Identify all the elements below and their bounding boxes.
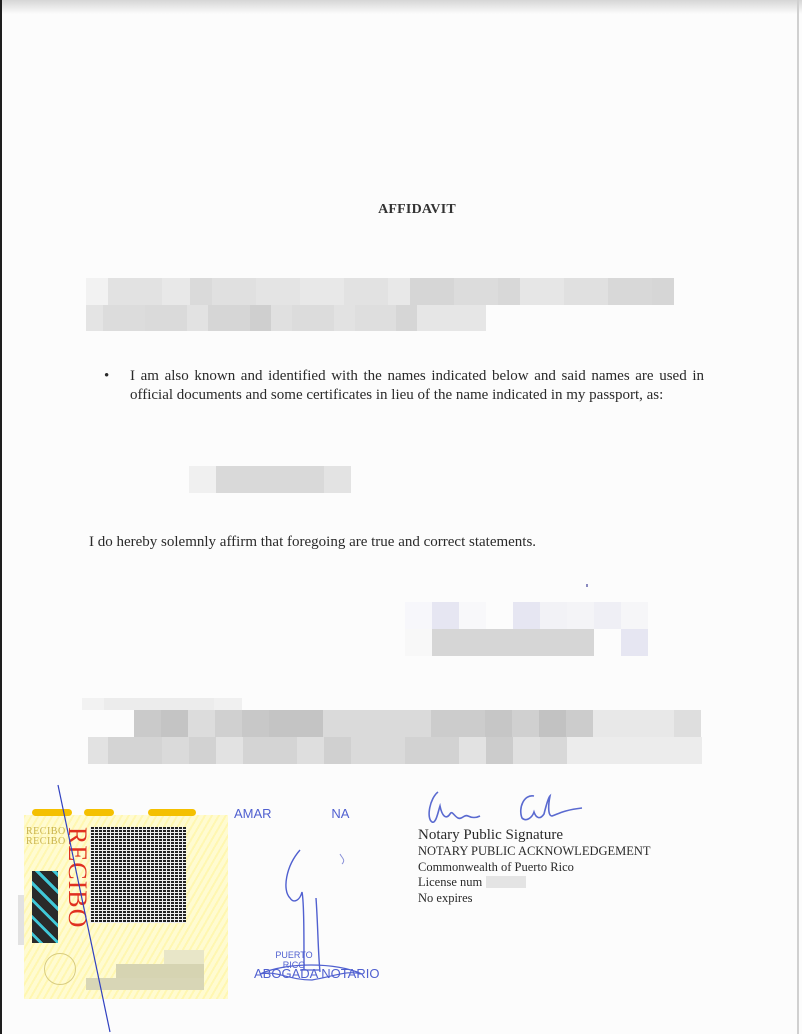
redacted-declarant-id xyxy=(405,629,648,656)
redacted-declarant-name xyxy=(405,602,648,629)
bullet-icon: • xyxy=(104,367,109,386)
notary-license-row: License num xyxy=(418,875,651,891)
notary-jurisdiction: Commonwealth of Puerto Rico xyxy=(418,860,651,876)
hologram-icon xyxy=(32,871,58,943)
notary-signature-label: Notary Public Signature xyxy=(418,826,651,844)
affirmation-statement: I do hereby solemnly affirm that foregoi… xyxy=(89,534,536,551)
notary-acknowledgement-block: Notary Public Signature NOTARY PUBLIC AC… xyxy=(418,826,651,906)
redacted-attestation-line-1 xyxy=(88,710,702,737)
license-label: License num xyxy=(418,875,482,889)
redacted-attestation-header xyxy=(82,698,242,710)
seal-icon xyxy=(44,953,76,985)
redacted-receipt-details xyxy=(86,950,204,990)
document-title: AFFIDAVIT xyxy=(0,202,802,218)
redacted-alias-names xyxy=(189,466,351,493)
receipt-top-band xyxy=(148,809,196,816)
redacted-statement-line-2 xyxy=(86,305,486,331)
page-top-shadow xyxy=(0,0,802,14)
stamp-notary-name: AMAR NA xyxy=(234,806,349,821)
receipt-small-label: RECIBO RECIBO xyxy=(26,827,66,847)
stamp-receipt: RECIBO RECIBO RECIBO xyxy=(24,815,228,999)
page-left-border xyxy=(0,0,2,1034)
receipt-top-band xyxy=(32,809,72,816)
redacted-license-number xyxy=(486,876,526,888)
receipt-top-band xyxy=(84,809,114,816)
qr-code-icon xyxy=(90,827,186,923)
notary-expiry: No expires xyxy=(418,891,651,907)
page-right-border xyxy=(797,0,799,1034)
ink-speck xyxy=(586,584,588,587)
alias-declaration-text: I am also known and identified with the … xyxy=(130,367,704,405)
notary-acknowledgement-heading: NOTARY PUBLIC ACKNOWLEDGEMENT xyxy=(418,844,651,860)
redacted-attestation-line-2 xyxy=(88,737,702,764)
stamp-title: ABOGADA NOTARIO xyxy=(254,966,379,981)
receipt-big-label: RECIBO xyxy=(64,827,90,928)
receipt-small-label-2: RECIBO xyxy=(26,837,66,847)
redacted-statement-line-1 xyxy=(86,278,702,305)
